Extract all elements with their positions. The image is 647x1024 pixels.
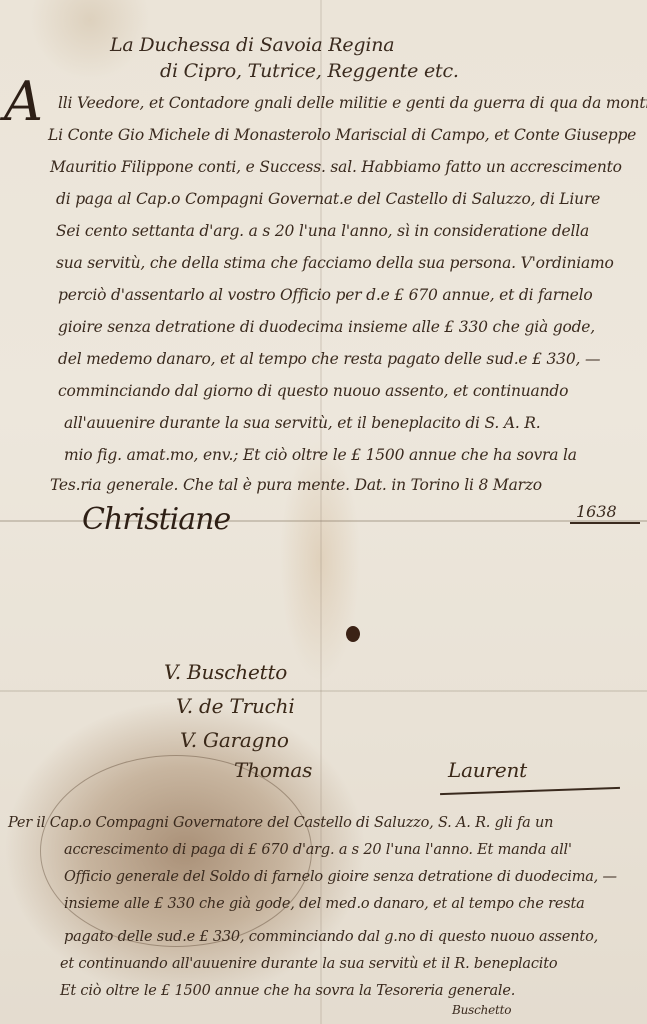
body-line-2: Li Conte Gio Michele di Monasterolo Mari… [48, 128, 636, 144]
countersignature-5: Laurent [448, 760, 527, 780]
endorsement-line-6: et continuando all'auuenire durante la s… [60, 957, 557, 972]
main-signature: Christiane [82, 505, 230, 535]
drop-cap: A [4, 70, 43, 133]
body-line-8: gioire senza detratione di duodecima ins… [58, 320, 595, 336]
body-line-1: lli Veedore, et Contadore gnali delle mi… [58, 96, 647, 112]
body-line-10: comminciando dal giorno di questo nuouo … [58, 384, 568, 400]
date-underline [570, 522, 640, 524]
body-line-11: all'auuenire durante la sua servitù, et … [64, 416, 541, 432]
ink-blot [346, 626, 360, 642]
heading-line-2: di Cipro, Tutrice, Reggente etc. [160, 62, 459, 81]
endorsement-line-2: accrescimento di paga di £ 670 d'arg. a … [64, 843, 572, 858]
manuscript-page: La Duchessa di Savoia Regina di Cipro, T… [0, 0, 647, 1024]
body-line-5: Sei cento settanta d'arg. a s 20 l'una l… [56, 224, 589, 240]
countersignature-3: V. Garagno [180, 730, 289, 750]
body-line-6: sua servitù, che della stima che facciam… [56, 256, 614, 272]
endorsement-line-7: Et ciò oltre le £ 1500 annue che ha sovr… [60, 984, 515, 999]
body-line-7: perciò d'assentarlo al vostro Officio pe… [58, 288, 593, 304]
endorsement-line-1: Per il Cap.o Compagni Governatore del Ca… [8, 816, 553, 831]
endorsement-signature: Buschetto [452, 1004, 511, 1016]
countersignature-2: V. de Truchi [176, 696, 295, 716]
signature-underline [440, 787, 620, 795]
body-line-13: Tes.ria generale. Che tal è pura mente. … [50, 478, 542, 494]
endorsement-line-4: insieme alle £ 330 che già gode, del med… [64, 897, 585, 912]
endorsement-line-3: Officio generale del Soldo di farnelo gi… [64, 870, 617, 885]
fold-crease-horizontal-lower [0, 690, 647, 692]
body-line-12: mio fig. amat.mo, env.; Et ciò oltre le … [64, 448, 577, 464]
heading-line-1: La Duchessa di Savoia Regina [110, 36, 394, 55]
countersignature-1: V. Buschetto [164, 662, 287, 682]
date-year: 1638 [576, 502, 617, 521]
body-line-9: del medemo danaro, et al tempo che resta… [58, 352, 600, 368]
countersignature-4: Thomas [234, 760, 312, 780]
endorsement-line-5: pagato delle sud.e £ 330, comminciando d… [64, 930, 598, 945]
body-line-3: Mauritio Filippone conti, e Success. sal… [50, 160, 622, 176]
body-line-4: di paga al Cap.o Compagni Governat.e del… [56, 192, 600, 208]
